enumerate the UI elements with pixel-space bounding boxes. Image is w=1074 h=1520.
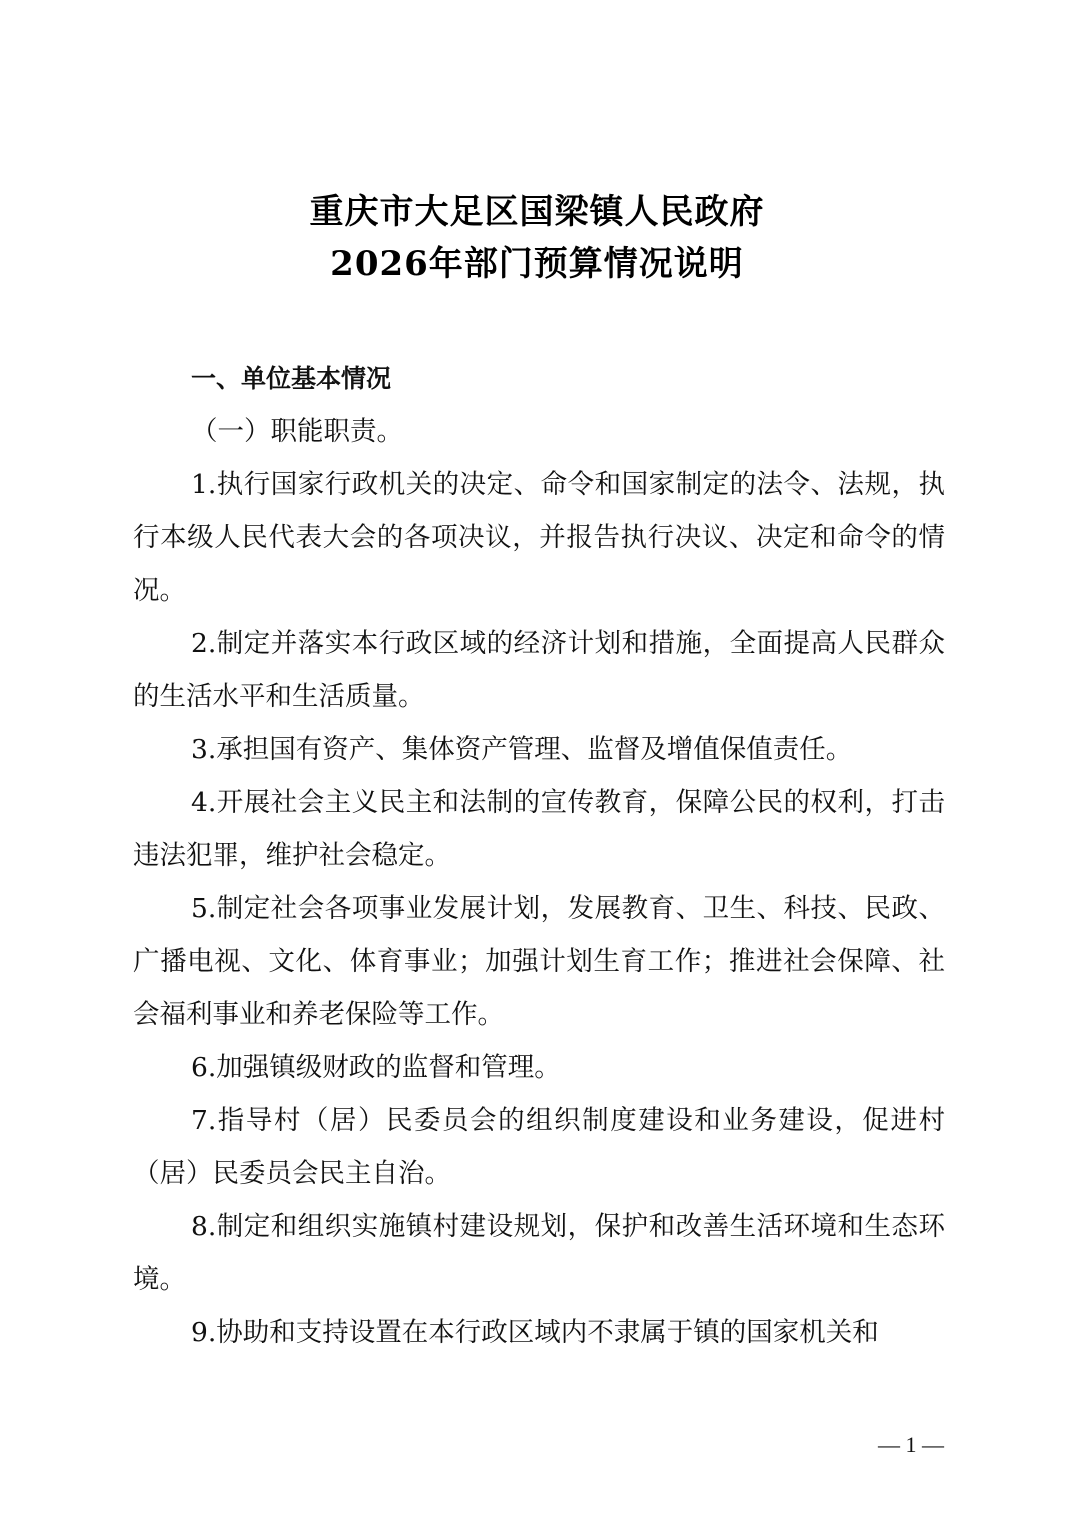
- document-title-line1: 重庆市大足区国梁镇人民政府: [0, 186, 1074, 238]
- subsection-heading: （一）职能职责。: [133, 405, 945, 458]
- paragraph-9: 9.协助和支持设置在本行政区域内不隶属于镇的国家机关和: [133, 1306, 945, 1359]
- page-number: — 1 —: [878, 1432, 944, 1458]
- document-page: 重庆市大足区国梁镇人民政府 2026年部门预算情况说明 一、单位基本情况 （一）…: [0, 0, 1074, 1520]
- paragraph-8: 8.制定和组织实施镇村建设规划，保护和改善生活环境和生态环境。: [133, 1200, 945, 1306]
- section-heading: 一、单位基本情况: [133, 352, 945, 405]
- document-title-line2: 2026年部门预算情况说明: [0, 238, 1074, 290]
- paragraph-3: 3.承担国有资产、集体资产管理、监督及增值保值责任。: [133, 723, 945, 776]
- document-body: 一、单位基本情况 （一）职能职责。 1.执行国家行政机关的决定、命令和国家制定的…: [133, 352, 945, 1359]
- paragraph-7: 7.指导村（居）民委员会的组织制度建设和业务建设，促进村（居）民委员会民主自治。: [133, 1094, 945, 1200]
- paragraph-1: 1.执行国家行政机关的决定、命令和国家制定的法令、法规，执行本级人民代表大会的各…: [133, 458, 945, 617]
- paragraph-4: 4.开展社会主义民主和法制的宣传教育，保障公民的权利，打击违法犯罪，维护社会稳定…: [133, 776, 945, 882]
- paragraph-2: 2.制定并落实本行政区域的经济计划和措施，全面提高人民群众的生活水平和生活质量。: [133, 617, 945, 723]
- paragraph-5: 5.制定社会各项事业发展计划，发展教育、卫生、科技、民政、广播电视、文化、体育事…: [133, 882, 945, 1041]
- paragraph-6: 6.加强镇级财政的监督和管理。: [133, 1041, 945, 1094]
